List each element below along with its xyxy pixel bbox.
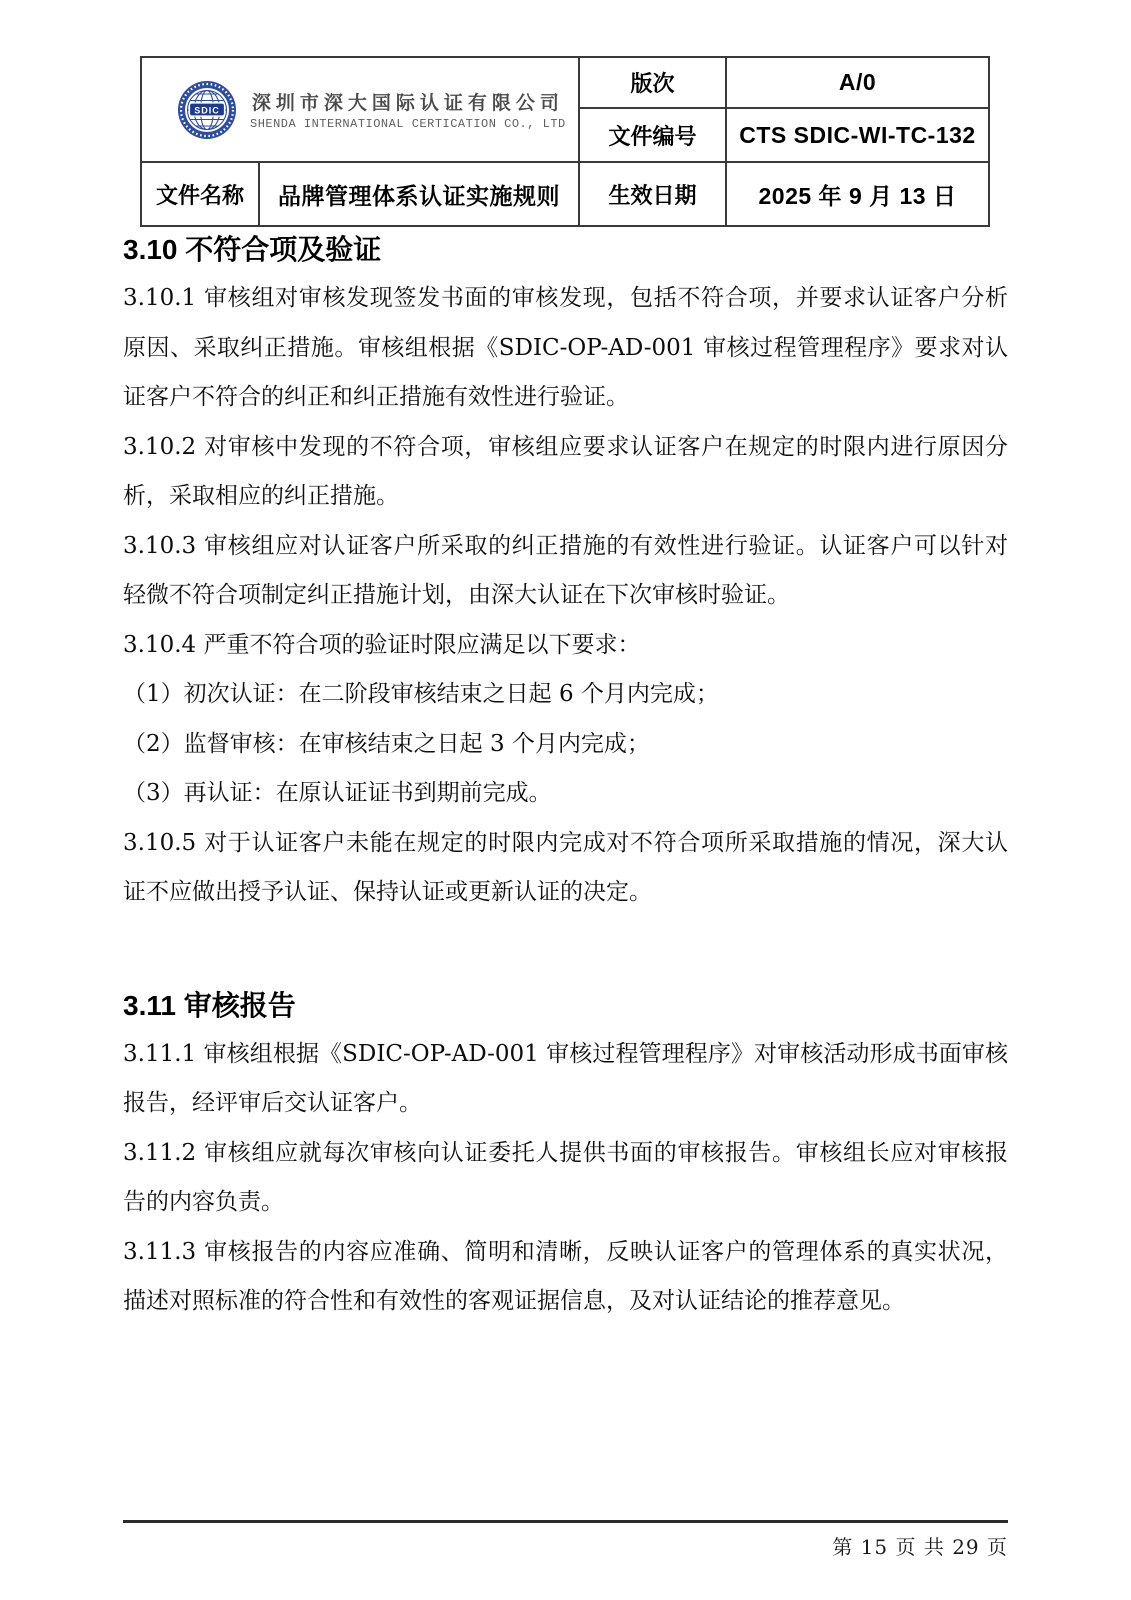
page-number: 第 15 页 共 29 页 <box>123 1531 1008 1560</box>
paragraph-3-10-5: 3.10.5 对于认证客户未能在规定的时限内完成对不符合项所采取措施的情况，深大… <box>123 819 1008 918</box>
doc-name-value: 品牌管理体系认证实施规则 <box>259 162 579 226</box>
paragraph-3-10-1: 3.10.1 审核组对审核发现签发书面的审核发现，包括不符合项，并要求认证客户分… <box>123 274 1008 423</box>
effective-date-value: 2025 年 9 月 13 日 <box>726 162 989 226</box>
footer-divider <box>123 1520 1008 1523</box>
page-footer: 第 15 页 共 29 页 <box>123 1520 1008 1560</box>
logo-sdic-text: SDIC <box>194 105 220 115</box>
paragraph-3-10-4: 3.10.4 严重不符合项的验证时限应满足以下要求： <box>123 621 1008 671</box>
list-item-1: （1）初次认证：在二阶段审核结束之日起 6 个月内完成； <box>123 670 1008 720</box>
paragraph-3-11-3: 3.11.3 审核报告的内容应准确、简明和清晰，反映认证客户的管理体系的真实状况… <box>123 1228 1008 1327</box>
list-item-3: （3）再认证：在原认证证书到期前完成。 <box>123 769 1008 819</box>
doc-number-value: CTS SDIC-WI-TC-132 <box>726 108 989 162</box>
version-label: 版次 <box>579 57 726 108</box>
company-name-en: SHENDA INTERNATIONAL CERTICATION CO., LT… <box>250 117 566 131</box>
paragraph-3-11-1: 3.11.1 审核组根据《SDIC-OP-AD-001 审核过程管理程序》对审核… <box>123 1030 1008 1129</box>
document-page: SDIC 深圳市深大国际认证有限公司 SHENDA INTERNATIONAL … <box>0 0 1131 1600</box>
doc-number-label: 文件编号 <box>579 108 726 162</box>
company-logo-icon: SDIC <box>176 79 238 141</box>
paragraph-3-11-2: 3.11.2 审核组应就每次审核向认证委托人提供书面的审核报告。审核组长应对审核… <box>123 1129 1008 1228</box>
version-value: A/0 <box>726 57 989 108</box>
document-body: 3.10 不符合项及验证 3.10.1 审核组对审核发现签发书面的审核发现，包括… <box>123 232 1008 1327</box>
document-header-table: SDIC 深圳市深大国际认证有限公司 SHENDA INTERNATIONAL … <box>140 56 990 227</box>
company-name-cn: 深圳市深大国际认证有限公司 <box>250 88 566 115</box>
effective-date-label: 生效日期 <box>579 162 726 226</box>
paragraph-3-10-2: 3.10.2 对审核中发现的不符合项，审核组应要求认证客户在规定的时限内进行原因… <box>123 423 1008 522</box>
section-heading-3-10: 3.10 不符合项及验证 <box>123 232 1008 268</box>
section-3-11-content: 3.11.1 审核组根据《SDIC-OP-AD-001 审核过程管理程序》对审核… <box>123 1030 1008 1327</box>
section-heading-3-11: 3.11 审核报告 <box>123 988 1008 1024</box>
paragraph-3-10-3: 3.10.3 审核组应对认证客户所采取的纠正措施的有效性进行验证。认证客户可以针… <box>123 522 1008 621</box>
doc-name-label: 文件名称 <box>141 162 259 226</box>
list-item-2: （2）监督审核：在审核结束之日起 3 个月内完成； <box>123 720 1008 770</box>
company-header-cell: SDIC 深圳市深大国际认证有限公司 SHENDA INTERNATIONAL … <box>141 57 579 162</box>
section-3-10-content: 3.10.1 审核组对审核发现签发书面的审核发现，包括不符合项，并要求认证客户分… <box>123 274 1008 918</box>
